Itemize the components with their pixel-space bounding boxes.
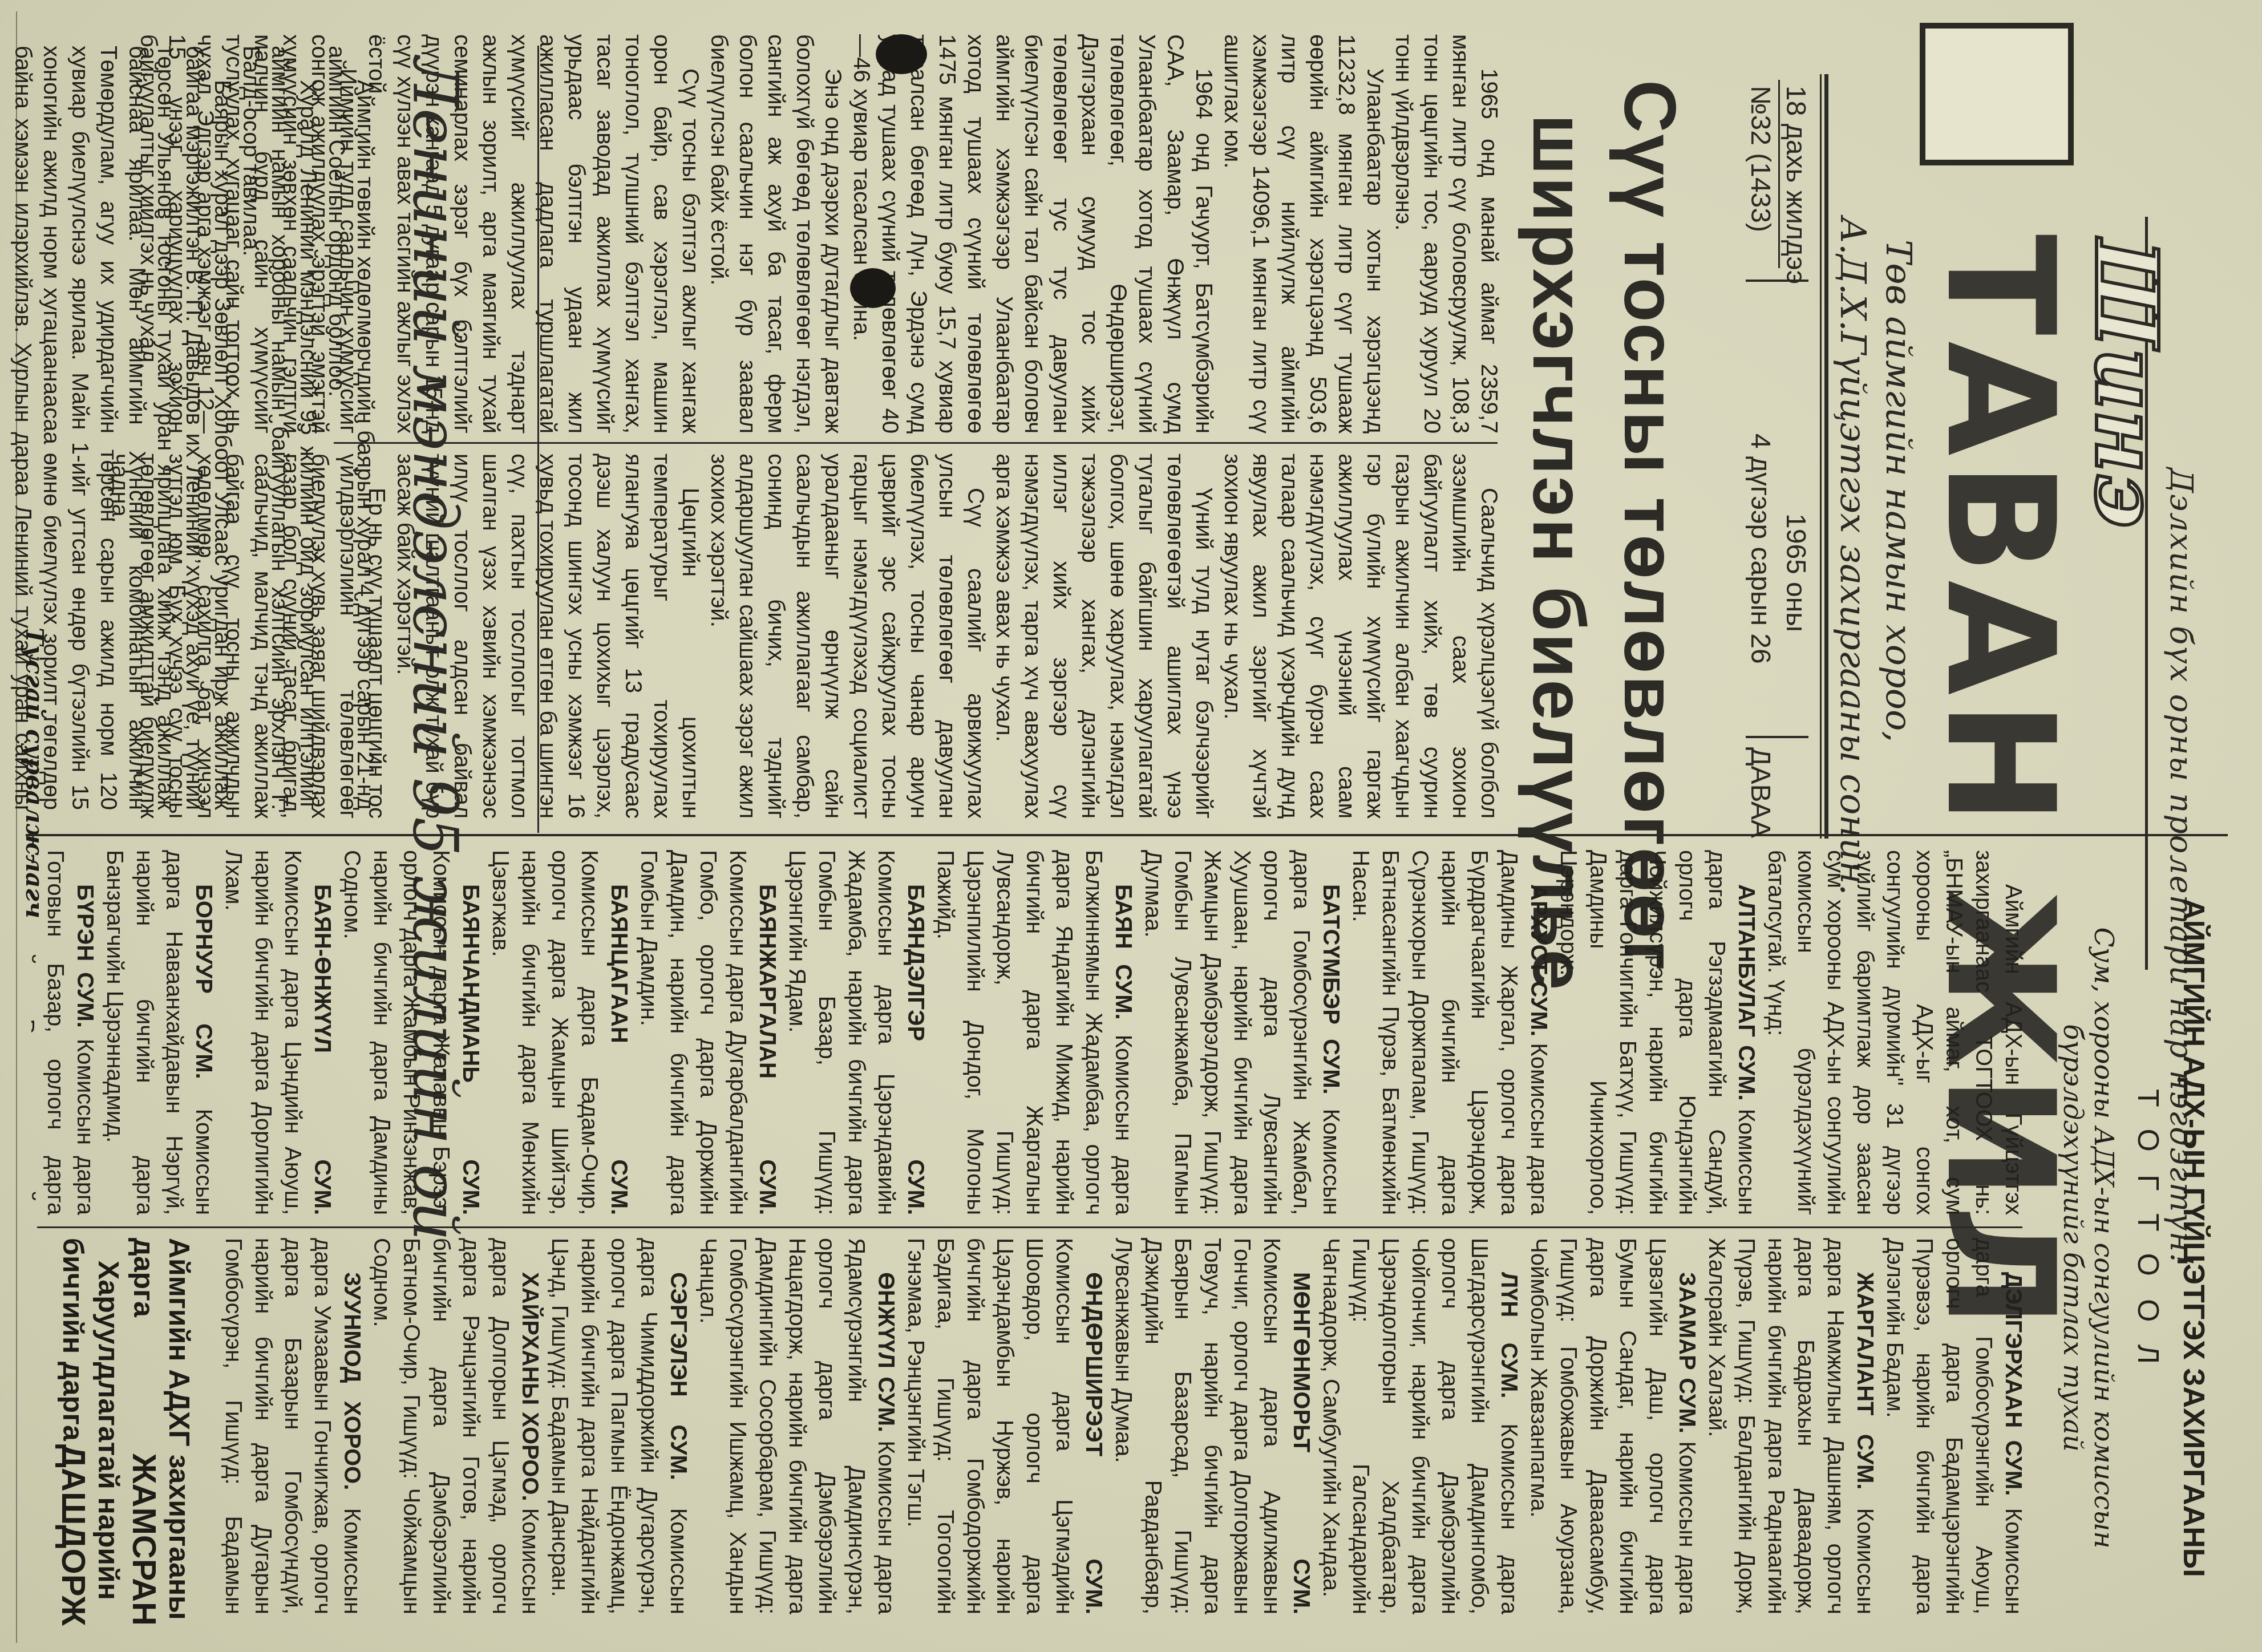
entry-text: Комиссын дарга Рэгзэдмаагийн Сандуй, орл… <box>1556 850 1759 1215</box>
paragraph: Энэ онд дээрхи дутагдлыг давтаж болохгүй… <box>705 34 847 434</box>
newspaper-page-rotated: Дэлхийн бүх орны пролетари нар нэгдэгтүн… <box>0 0 2262 1652</box>
entry-unit: СЭРГЭЛЭН СУМ. <box>666 1272 691 1508</box>
entry-unit: БАЯНЦАГААН СУМ. <box>606 884 632 1215</box>
entry-text: Комиссын дарга Дамдины Жаргал, орлогч да… <box>1348 850 1551 1215</box>
resolution-entry: БАЯНЖАРГАЛАН СУМ. Комиссын дарга Дугарба… <box>634 850 782 1215</box>
masthead-rule-2 <box>1820 74 1822 839</box>
signature-line3: Харуулдлагатай нарийн <box>91 1238 126 1626</box>
column-rule <box>37 1226 2022 1228</box>
entry-unit: БАТСҮМБЭР СУМ. <box>1318 884 1344 1109</box>
entry-text: Комиссын дарга Адилжавын Гончиг, орлогч … <box>1111 1238 1284 1614</box>
resolution-column-1: Аймгийн АДХ-ын Гүйцэтгэх захиргаанаас ТО… <box>31 850 2028 1215</box>
entry-unit: АЛТАНБУЛАГ СУМ. <box>1734 884 1759 1109</box>
resolution-entry: БАТСҮМБЭР СУМ. Комиссын дарга Гомбосүрэн… <box>1138 850 1346 1215</box>
entry-unit: ЖАРГАЛАНТ СУМ. <box>1852 1272 1877 1508</box>
entry-unit: БАЯНЖАРГАЛАН СУМ. <box>755 884 780 1215</box>
resolution-signature: Аймгийн АДХГ захиргааны дарга ЖАМСРАН Ха… <box>55 1238 197 1626</box>
meta-divider-2 <box>1746 736 1808 738</box>
ink-blot <box>850 268 896 308</box>
entry-unit: БҮРЭН СУМ. <box>72 884 98 1039</box>
entry-text: Комиссын дарга Дугарбалдангийн Гомбо, ор… <box>636 850 750 1215</box>
resolution-entry: АЛТАНБУЛАГ СУМ. Комиссын дарга Рэгзэдмаа… <box>1553 850 1761 1215</box>
resolution-entry: СЭРГЭЛЭН СУМ. Комиссын дарга Чимиддоржий… <box>545 1238 693 1614</box>
signature-name-secretary: ДАШДОРЖ <box>55 1444 91 1626</box>
entry-unit: ӨНЖҮҮЛ СУМ. <box>873 1272 899 1440</box>
resolution-entry: ЗААМАР СУМ. Комиссын дарга Цэвэгийн Даш,… <box>1524 1238 1702 1614</box>
resolution-entry: БҮРЭН СУМ. Комиссын дарга Готовын Базар,… <box>31 850 100 1215</box>
resolution-entry: ӨНДӨРШИРЭЭТ СУМ. Комиссын дарга Цэгмэдий… <box>901 1238 1108 1614</box>
entry-unit: ДЭЛГЭРХААН СУМ. <box>2001 1272 2026 1508</box>
entry-unit: БОРНУУР СУМ. <box>191 884 216 1109</box>
issue-number: №32 (1433) <box>1745 86 1776 232</box>
meta-divider-1 <box>1746 280 1808 282</box>
resolution-entry: ЗУУНМОД ХОРОО. Комиссын дарга Умзаавын Г… <box>214 1238 367 1614</box>
entry-text: Комиссын дарга Цэвэгийн Даш, орлогч дарг… <box>1526 1238 1699 1614</box>
edition-year: 18 дахь жилдээ <box>1780 86 1811 284</box>
resolution-entry: АРХУСТ СУМ. Комиссын дарга Дамдины Жарга… <box>1346 850 1553 1215</box>
resolution-entry: ДЭЛГЭРХААН СУМ. Комиссын дарга Гомбосүрэ… <box>1880 1238 2028 1614</box>
lenin-article-body: Аймгийн төвийн хөдөлмөрчдийн баярын хура… <box>26 46 379 810</box>
entry-unit: ЛҮН СУМ. <box>1496 1272 1522 1424</box>
resolution-entry: ӨНЖҮҮЛ СУМ. Комиссын дарга Ядамсүрэнгийн… <box>693 1238 901 1614</box>
main-article-col2: Саальчид хүрэлцээгүй болбол эзэмшлийн са… <box>351 454 1503 819</box>
masthead-subtitle-line2: А.Д.Х.Гүйцэтгэх захиргааны сонин. <box>1832 217 1874 896</box>
main-article-col1: 1965 онд манай аймаг 2359,7 мянган литр … <box>362 34 1503 434</box>
resolution-entry: БАЯНЧАНДМАНЬ СУМ. Комиссын дарга Жалавын… <box>337 850 485 1215</box>
resolution-column-2: ДЭЛГЭРХААН СУМ. Комиссын дарга Гомбосүрэ… <box>214 1238 2028 1614</box>
paragraph: 1965 онд манай аймаг 2359,7 мянган литр … <box>1389 34 1503 434</box>
ink-blot <box>876 34 927 74</box>
entry-unit: БАЯНЧАНДМАНЬ СУМ. <box>458 884 483 1215</box>
paragraph: Саальчид хүрэлцээгүй болбол эзэмшлийн са… <box>1218 454 1503 819</box>
masthead-title-script: Шинэ <box>2076 240 2176 528</box>
resolution-intro: Аймгийн АДХ-ын Гүйцэтгэх захиргаанаас ТО… <box>1761 850 2028 1215</box>
resolution-entry: ЖАРГАЛАНТ СУМ. Комиссын дарга Намжилын Д… <box>1702 1238 1880 1614</box>
resolution-entry: ХАЙРХАНЫ ХОРОО. Комиссын дарга Долгорын … <box>367 1238 545 1614</box>
lenin-separator <box>537 46 539 833</box>
page-bottom-edge <box>16 11 17 1643</box>
entry-text: Комиссын дарга Цэгмэдийн Шоовдор, орлогч… <box>903 1238 1077 1614</box>
page-section-divider <box>26 834 2228 836</box>
scanned-newspaper-page: Дэлхийн бүх орны пролетари нар нэгдэгтүн… <box>0 0 2262 1652</box>
entry-unit: АРХУСТ СУМ. <box>1526 884 1551 1043</box>
title-letter-block-a <box>1920 23 2074 165</box>
resolution-entry: БАЯНДЭЛГЭР СУМ. Комиссын дарга Цэрэндави… <box>782 850 930 1215</box>
masthead-rule-1 <box>1824 74 1828 839</box>
paragraph: Улаанбаатар хотын хэрэгцээнд 11232,8 мян… <box>1218 34 1389 434</box>
entry-unit: БАЯНДЭЛГЭР СУМ. <box>903 884 928 1215</box>
paragraph: 1964 онд Гачуурт, Батсүмбэрийн САА, Заам… <box>847 34 1218 434</box>
entry-text: Комиссын дарга Балжиннямын Жадамбаа, орл… <box>933 850 1136 1215</box>
masthead-subtitle-line1: Төв аймгийн намын хороо, <box>1878 240 1920 742</box>
signature-line1: Аймгийн АДХГ захиргааны <box>161 1238 197 1626</box>
entry-unit: БАЯН-ӨНЖҮҮЛ СУМ. <box>310 884 335 1215</box>
entry-text: Комиссын дарга Гомбосүрэнгийн Жамбал, ор… <box>1140 850 1344 1215</box>
paragraph: Аймгийн төвийн хөдөлмөрчдийн баярын хура… <box>322 46 379 810</box>
entry-text: Комиссын дарга Намжилын Дашням, орлогч д… <box>1704 1238 1877 1614</box>
entry-text: Комиссын дарга Цэндийн Аюуш, нарийн бичг… <box>221 850 305 1215</box>
issue-weekday: ДАВАА <box>1745 747 1776 838</box>
signature-role-secretary: бичгийн дарга <box>55 1238 91 1441</box>
resolution-subtitle: ТОГТООЛ <box>2131 856 2165 1620</box>
issue-date: 4 дүгээр сарын 26 <box>1745 434 1776 664</box>
paragraph: Үүний тулд нутаг бэлчээрийг төлөвлөгөөтэ… <box>990 454 1218 819</box>
entry-text: Комиссын дарга Цэрэндавийн Жадамба, нари… <box>784 850 899 1215</box>
resolution-topic: Сум, хорооны АДХ-ын сонгуулийн комиссын … <box>2058 913 2119 1563</box>
resolution-entry: МӨНГӨНМОРЬТ СУМ. Комиссын дарга Адилжавы… <box>1108 1238 1316 1614</box>
entry-unit: ЗААМАР СУМ. <box>1674 1272 1699 1441</box>
signature-role-chair: дарга <box>126 1238 161 1317</box>
entry-text: Комиссын дарга Ядамсүрэнгийн Дамдинсүрэн… <box>695 1238 899 1614</box>
resolution-entry: БАЯНЦАГААН СУМ. Комиссын дарга Бадам-Очи… <box>485 850 634 1215</box>
entry-unit: БАЯН СУМ. <box>1111 884 1136 1035</box>
entry-unit: МӨНГӨНМОРЬТ СУМ. <box>1289 1272 1314 1614</box>
column-rule <box>334 442 1498 444</box>
entry-text: Комиссын дарга Шагдарсүрэнгийн Дамдингом… <box>1318 1238 1522 1614</box>
resolution-entry: БОРНУУР СУМ. Комиссын дарга Наваанхайдав… <box>100 850 218 1215</box>
resolution-entry: ЛҮН СУМ. Комиссын дарга Шагдарсүрэнгийн … <box>1316 1238 1524 1614</box>
signature-name-chair: ЖАМСРАН <box>126 1453 161 1626</box>
main-headline-line1: Сүү тосны төлөвлөгөөг <box>1608 80 1692 972</box>
paragraph: Хуралд Лениний мэндэлсний 95 жилийн ойд … <box>237 46 322 810</box>
issue-year: 1965 оны <box>1780 513 1811 632</box>
paragraph: Сүү саалийг арвижуулах улсын төлөвлөгөөг… <box>705 454 990 819</box>
edition-underline <box>1778 80 1780 268</box>
resolution-entry: БАЯН СУМ. Комиссын дарга Балжиннямын Жад… <box>930 850 1138 1215</box>
entry-unit: ӨНДӨРШИРЭЭТ СУМ. <box>1081 1272 1106 1614</box>
entry-unit: ЗУУНМОД ХОРОО. <box>339 1272 365 1508</box>
resolution-entry: БАЯН-ӨНЖҮҮЛ СУМ. Комиссын дарга Цэндийн … <box>218 850 337 1215</box>
entry-text: Комиссын дарга Бадам-Очир, орлогч дарга … <box>488 850 602 1215</box>
entry-text: Комиссын дарга Жалавын Бэрээ, орлогч дар… <box>339 850 454 1215</box>
entry-text: Комиссын дарга Долгорын Цэгмэд, орлогч д… <box>369 1238 543 1614</box>
entry-unit: ХАЙРХАНЫ ХОРОО. <box>517 1272 543 1508</box>
resolution-title: АЙМГИЙН АДХ-ЫН ГҮЙЦЭТГЭХ ЗАХИРГААНЫ <box>2176 856 2211 1620</box>
